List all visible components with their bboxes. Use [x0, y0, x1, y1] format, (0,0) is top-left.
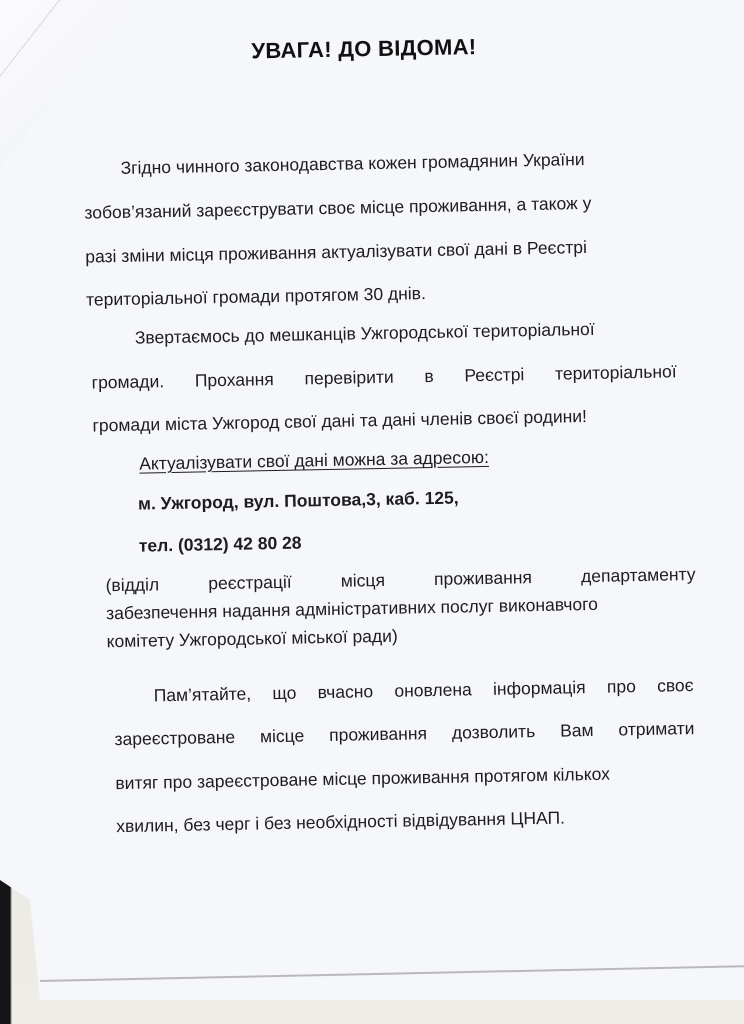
department-line-2: забезпечення надання адміністративних по… — [106, 593, 598, 624]
department-line-1: (відділ реєстрації місця проживання депа… — [105, 563, 695, 596]
address-intro: Актуалізувати свої дані можна за адресою… — [139, 446, 489, 475]
paragraph-2-line-2: громади. Прохання перевірити в Реєстрі т… — [91, 360, 676, 393]
paragraph-2-line-1: Звертаємось до мешканців Ужгородської те… — [135, 318, 595, 349]
paragraph-1-line-3: разі зміни місця проживання актуалізуват… — [85, 236, 587, 268]
address: м. Ужгород, вул. Поштова,3, каб. 125, — [138, 486, 459, 514]
notice-document: УВАГА! ДО ВІДОМА! Згідно чинного законод… — [0, 0, 744, 1024]
paragraph-2-line-3: громади міста Ужгород свої дані та дані … — [92, 405, 587, 436]
paragraph-3-line-3: витяг про зареєстроване місце проживання… — [115, 763, 610, 794]
department-line-3: комітету Ужгородської міської ради) — [106, 625, 397, 653]
paragraph-3-line-1: Пам’ятайте, що вчасно оновлена інформаці… — [153, 674, 693, 706]
paragraph-1-line-1: Згідно чинного законодавства кожен грома… — [120, 148, 584, 179]
paragraph-3-line-2: зареєстроване місце проживання дозволить… — [114, 717, 694, 750]
notice-title: УВАГА! ДО ВІДОМА! — [251, 34, 477, 64]
phone-number: тел. (0312) 42 80 28 — [139, 532, 302, 557]
paragraph-1-line-2: зобов’язаний зареєструвати своє місце пр… — [84, 192, 591, 224]
paragraph-1-line-4: територіальної громади протягом 30 днів. — [86, 282, 426, 311]
paragraph-3-line-4: хвилин, без черг і без необхідності відв… — [116, 807, 565, 838]
